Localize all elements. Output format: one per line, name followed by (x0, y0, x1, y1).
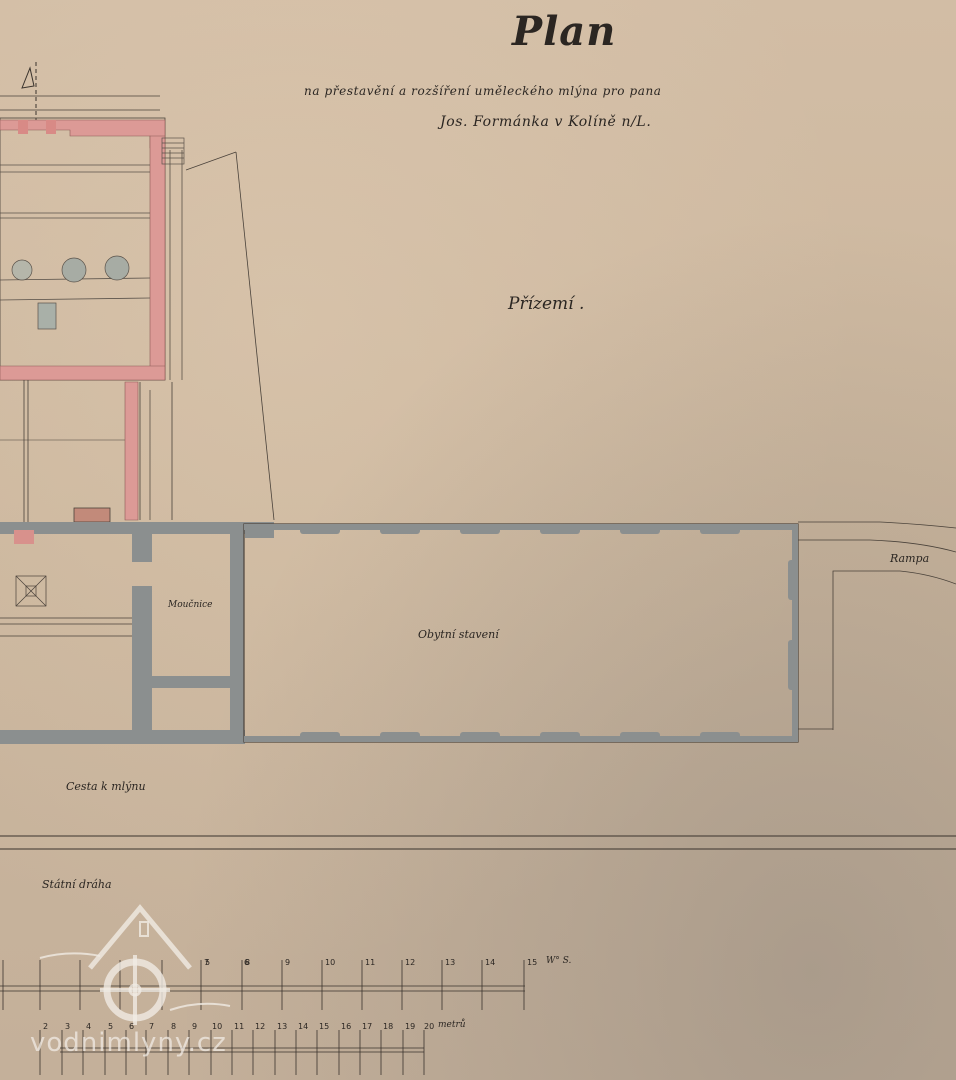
millstone-icon (62, 258, 86, 282)
meter-scale-unit: metrů (438, 1020, 466, 1030)
fathom-scale-bar (0, 960, 525, 1010)
watermark-text: vodnimlyny.cz (30, 1028, 227, 1058)
millstone-icon (12, 260, 32, 280)
road-to-mill-label: Cesta k mlýnu (66, 780, 146, 793)
railway-lines (0, 836, 956, 849)
page-title: Plan (512, 8, 616, 55)
residential-building-label: Obytní stavení (418, 628, 499, 641)
ground-floor-label: Přízemí . (508, 294, 584, 314)
existing-mill-building (0, 118, 184, 380)
existing-annex (0, 152, 274, 522)
subtitle-line-2: Jos. Formánka v Kolíně n/L. (440, 114, 651, 130)
ramp-label: Rampa (890, 552, 929, 565)
subtitle-line-1: na přestavění a rozšíření uměleckého mlý… (304, 84, 662, 98)
fathom-scale-unit: W° S. (546, 956, 571, 966)
watermill-logo-icon (40, 908, 230, 1025)
flour-room-label: Moučnice (168, 600, 213, 610)
ramp-outline (798, 522, 956, 730)
millstone-icon (105, 256, 129, 280)
state-railway-label: Státní dráha (42, 878, 112, 891)
new-residential-building (0, 522, 798, 744)
floor-plan-drawing (0, 0, 956, 1080)
